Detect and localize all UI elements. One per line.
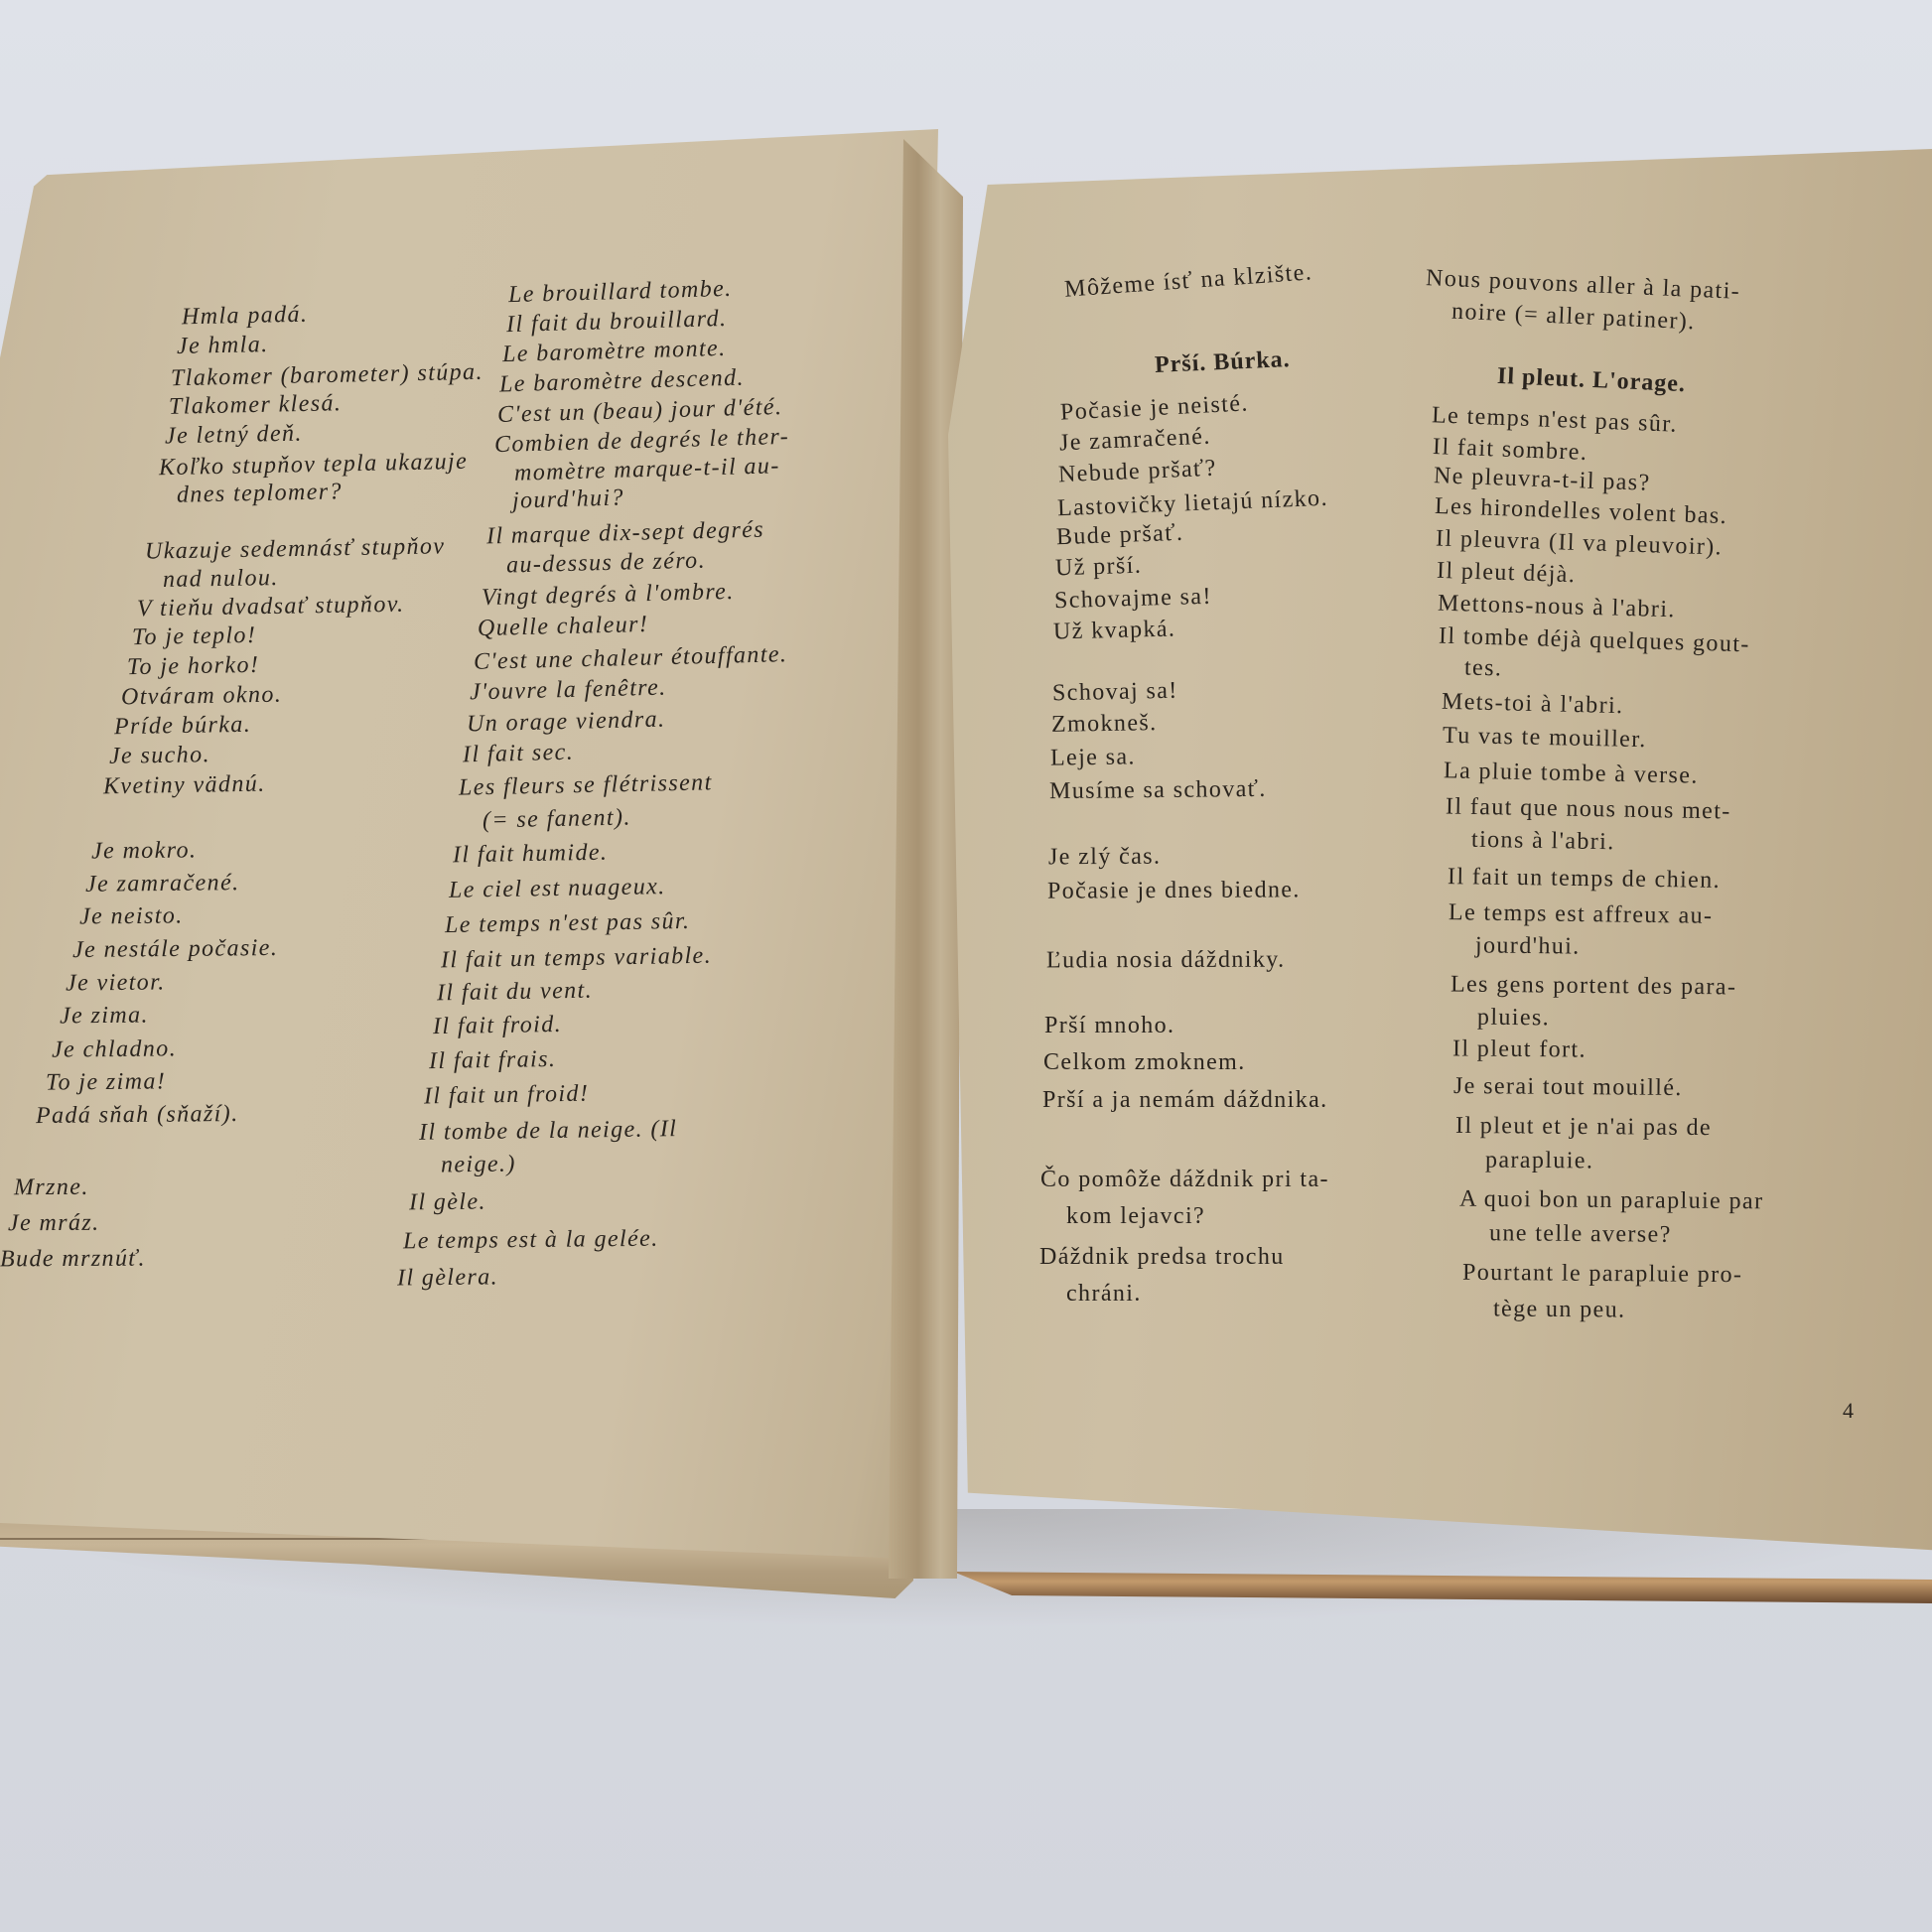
phrase-line: Už prší. xyxy=(1055,553,1143,583)
phrase-line: jourd'hui. xyxy=(1475,932,1581,960)
phrase-line: dnes teplomer? xyxy=(177,479,343,508)
phrase-line: tège un peu. xyxy=(1493,1296,1626,1323)
phrase-line: Dáždnik predsa trochu xyxy=(1039,1244,1285,1271)
phrase-line: Il gèle. xyxy=(409,1189,486,1217)
phrase-line: Tu vas te mouiller. xyxy=(1443,723,1647,754)
phrase-line: Il fait un temps de chien. xyxy=(1448,864,1721,895)
phrase-line: (= se fanent). xyxy=(483,804,631,834)
phrase-line: Je hmla. xyxy=(177,332,269,360)
phrase-line: Zmokneš. xyxy=(1051,710,1158,739)
phrase-line: Le temps est à la gelée. xyxy=(403,1226,659,1256)
phrase-line: Ľudia nosia dáždniky. xyxy=(1046,947,1286,975)
phrase-line: nad nulou. xyxy=(163,565,279,594)
phrase-line: Celkom zmoknem. xyxy=(1043,1049,1246,1076)
phrase-line: Il tombe de la neige. (Il xyxy=(419,1116,678,1147)
phrase-line: kom lejavci? xyxy=(1066,1203,1205,1230)
phrase-line: Tlakomer klesá. xyxy=(169,390,343,421)
phrase-line: Il fait du vent. xyxy=(437,978,593,1008)
phrase-line: Il faut que nous nous met- xyxy=(1446,793,1731,825)
phrase-line: Il fait frais. xyxy=(429,1046,557,1075)
phrase-line: Il fait sec. xyxy=(463,740,575,769)
phrase-line: Hmla padá. xyxy=(182,302,309,332)
phrase-line: Il pleut déjà. xyxy=(1437,558,1577,589)
phrase-line: Le ciel est nuageux. xyxy=(449,874,666,904)
phrase-line: Je mráz. xyxy=(8,1210,100,1237)
phrase-line: Je zamračené. xyxy=(85,870,240,898)
phrase-line: Je sucho. xyxy=(109,742,210,770)
phrase-line: Prší a ja nemám dáždnika. xyxy=(1042,1087,1328,1114)
phrase-line: tions à l'abri. xyxy=(1471,827,1615,857)
phrase-line: Príde búrka. xyxy=(114,712,252,741)
phrase-line: une telle averse? xyxy=(1489,1220,1672,1249)
phrase-line: A quoi bon un parapluie par xyxy=(1459,1186,1764,1216)
phrase-line: Le temps n'est pas sûr. xyxy=(445,908,691,939)
phrase-line: Schovaj sa! xyxy=(1052,678,1178,708)
phrase-line: tes. xyxy=(1464,655,1503,683)
phrase-line: Prší mnoho. xyxy=(1044,1013,1174,1039)
phrase-line: To je teplo! xyxy=(132,622,257,651)
phrase-line: To je horko! xyxy=(127,652,260,681)
phrase-line: La pluie tombe à verse. xyxy=(1444,758,1699,789)
phrase-line: Musíme sa schovať. xyxy=(1049,776,1267,805)
phrase-line: V tieňu dvadsať stupňov. xyxy=(137,592,405,623)
phrase-line: Le temps est affreux au- xyxy=(1449,899,1714,930)
phrase-line: Je mokro. xyxy=(91,837,198,865)
phrase-line: Leje sa. xyxy=(1050,744,1136,771)
phrase-line: Je nestále počasie. xyxy=(72,935,278,964)
phrase-line: Je zima. xyxy=(60,1003,149,1031)
phrase-line: Kvetiny vädnú. xyxy=(103,771,266,801)
phrase-line: neige.) xyxy=(441,1151,516,1178)
phrase-line: Čo pomôže dáždnik pri ta- xyxy=(1040,1167,1329,1193)
phrase-line: Il pleut fort. xyxy=(1452,1035,1587,1063)
phrase-line: Počasie je dnes biedne. xyxy=(1047,877,1301,904)
phrase-line: Je serai tout mouillé. xyxy=(1453,1073,1683,1102)
phrase-line: au-dessus de zéro. xyxy=(506,548,707,580)
phrase-line: Už kvapká. xyxy=(1053,616,1176,645)
phrase-line: Un orage viendra. xyxy=(467,707,666,739)
phrase-line: Pourtant le parapluie pro- xyxy=(1462,1260,1743,1289)
page-number: 4 xyxy=(1843,1398,1854,1424)
phrase-line: pluies. xyxy=(1477,1005,1550,1033)
phrase-line: Il fait humide. xyxy=(453,840,609,870)
phrase-line: Schovajme sa! xyxy=(1054,584,1213,615)
phrase-line: To je zima! xyxy=(46,1068,166,1096)
phrase-line: Je letný deň. xyxy=(165,421,303,451)
phrase-line: Il fait un temps variable. xyxy=(441,943,712,975)
phrase-line: Il pleut et je n'ai pas de xyxy=(1455,1113,1712,1142)
phrase-line: J'ouvre la fenêtre. xyxy=(470,675,667,707)
phrase-line: Mets-toi à l'abri. xyxy=(1442,689,1624,720)
phrase-line: Bude pršať. xyxy=(1056,520,1184,551)
phrase-line: Il fait froid. xyxy=(433,1012,563,1040)
phrase-line: parapluie. xyxy=(1485,1148,1594,1175)
phrase-line: Otváram okno. xyxy=(121,682,283,712)
phrase-line: Je zlý čas. xyxy=(1048,844,1162,872)
phrase-line: Bude mrznúť. xyxy=(0,1246,146,1274)
phrase-line: Je neisto. xyxy=(79,902,184,930)
phrase-line: jourd'hui? xyxy=(512,484,625,514)
phrase-line: Il gèlera. xyxy=(397,1264,498,1292)
phrase-line: Il fait un froid! xyxy=(424,1081,590,1111)
phrase-line: Padá sňah (sňaží). xyxy=(36,1101,239,1130)
phrase-line: Les fleurs se flétrissent xyxy=(459,769,713,801)
phrase-line: Ukazuje sedemnásť stupňov xyxy=(145,533,446,565)
phrase-line: Quelle chaleur! xyxy=(478,612,649,642)
phrase-line: chráni. xyxy=(1066,1281,1142,1308)
phrase-line: Je chladno. xyxy=(52,1035,177,1063)
phrase-line: Je vietor. xyxy=(66,969,166,997)
phrase-line: Les gens portent des para- xyxy=(1450,971,1737,1001)
phrase-line: Mrzne. xyxy=(14,1174,89,1201)
